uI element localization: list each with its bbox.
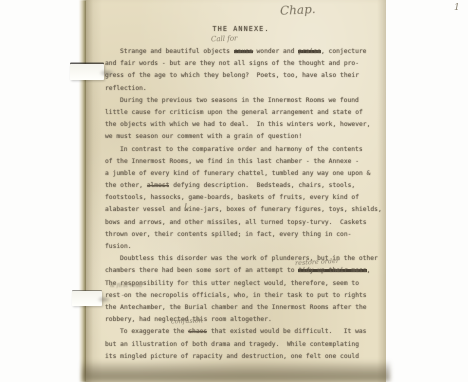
scanned-manuscript-photo: Chap. 1 THE ANNEXE. Strange and beautifu… — [0, 0, 468, 382]
typed-line: During the previous two seasons in the I… — [105, 95, 390, 107]
typed-line: and fair words - but are they not all si… — [105, 58, 390, 70]
typed-text: defying description. Bedsteads, chairs, … — [169, 182, 355, 189]
handwritten-margin-note: & first read — [110, 283, 142, 289]
typed-line: robbery, had neglected this room altoget… — [105, 314, 390, 326]
typed-text: , conjecture — [321, 48, 367, 55]
handwritten-chapter-note: Chap. — [280, 2, 316, 18]
typed-text: we must season our comment with a grain … — [105, 133, 302, 140]
typed-text: the objects with which we had to deal. I… — [105, 121, 370, 128]
typed-text: gress of the age to which they belong? P… — [105, 72, 359, 79]
typed-text: and fair words - but are they not all si… — [105, 60, 359, 67]
typed-text: thrown over, their contents spilled; in … — [105, 231, 351, 238]
typed-text: bows and arrows, and other missiles, all… — [105, 219, 367, 226]
typed-text: alabaster vessel and wine-jars, boxes of… — [105, 206, 382, 213]
typed-line: gress of the age to which they belong? P… — [105, 70, 390, 82]
typed-text-block: Strange and beautiful objects cause wond… — [105, 46, 390, 363]
typed-text: that existed would be difficult. It was — [207, 328, 366, 335]
typed-line: rest on the necropolis officials, who, i… — [105, 290, 390, 302]
insertion-caret: ^ — [187, 329, 191, 335]
typed-line: In contrast to the comparative order and… — [105, 144, 390, 156]
typed-line: we must season our comment with a grain … — [105, 131, 390, 143]
typed-line: the other, almost defying description. B… — [105, 180, 390, 192]
typed-text: Doubtless this disorder was the work of … — [120, 255, 378, 262]
typed-text: little cause for criticism upon the gene… — [105, 109, 363, 116]
typed-text: but an illustration of both drama and tr… — [105, 341, 359, 348]
insertion-caret: ^ — [250, 50, 255, 56]
typed-line: but an illustration of both drama and tr… — [105, 339, 390, 351]
typed-line: chambers there had been some sort of an … — [105, 265, 390, 277]
handwritten-page-number: 1 — [454, 3, 460, 13]
smudge-mark — [99, 69, 115, 77]
typed-line: To exaggerate the chaos that existed wou… — [105, 326, 390, 338]
struck-text: tidy up their mess — [298, 267, 366, 274]
typed-text: During the previous two seasons in the I… — [120, 97, 359, 104]
typed-text: To exaggerate the — [120, 328, 188, 335]
typed-line: the objects with which we had to deal. I… — [105, 119, 390, 131]
typed-line: The responsibility for this utter neglec… — [105, 278, 390, 290]
handwritten-replacement-confusion: confusion — [171, 316, 203, 325]
typed-text: of the Innermost Rooms, we find in this … — [105, 158, 359, 165]
typed-text: its mingled picture of rapacity and dest… — [105, 353, 359, 360]
typed-text: The responsibility for this utter neglec… — [105, 280, 359, 287]
typed-line: thrown over, their contents spilled; in … — [105, 229, 390, 241]
typed-line: footstools, hassocks, game-boards, baske… — [105, 192, 390, 204]
typed-line: reflection. — [105, 83, 390, 95]
typed-text: wonder and — [253, 48, 299, 55]
typed-line: bows and arrows, and other missiles, all… — [105, 217, 390, 229]
typed-text: chambers there had been some sort of an … — [105, 267, 298, 274]
typed-line: Strange and beautiful objects cause wond… — [105, 46, 390, 58]
typed-line: its mingled picture of rapacity and dest… — [105, 351, 390, 363]
typed-text: footstools, hassocks, game-boards, baske… — [105, 194, 359, 201]
typed-text: , — [367, 267, 371, 274]
typed-line: the Antechamber, the Burial chamber and … — [105, 302, 390, 314]
typed-line: Doubtless this disorder was the work of … — [105, 253, 390, 265]
typed-line: little cause for criticism upon the gene… — [105, 107, 390, 119]
typed-line: alabaster vessel and wine-jars, boxes of… — [105, 204, 390, 216]
typed-text: the Antechamber, the Burial chamber and … — [105, 304, 367, 311]
smudge-mark — [97, 296, 111, 303]
insertion-caret: ^ — [121, 294, 125, 300]
typed-line: fusion. — [105, 241, 390, 253]
typed-line: a jumble of every kind of funerary chatt… — [105, 168, 390, 180]
typed-text: rest on the necropolis officials, who, i… — [105, 292, 367, 299]
handwritten-insert-call-for: Call for — [211, 35, 238, 44]
typed-text: a jumble of every kind of funerary chatt… — [105, 170, 370, 177]
typed-text: In contrast to the comparative order and… — [120, 146, 363, 153]
struck-text: almost — [147, 182, 170, 189]
struck-text: praise — [298, 48, 321, 55]
typed-text: reflection. — [105, 85, 147, 92]
typed-line: of the Innermost Rooms, we find in this … — [105, 156, 390, 168]
typed-text: fusion. — [105, 243, 132, 250]
typed-text: the other, — [105, 182, 147, 189]
typed-text: Strange and beautiful objects — [120, 48, 234, 55]
document-title: THE ANNEXE. — [105, 25, 377, 33]
